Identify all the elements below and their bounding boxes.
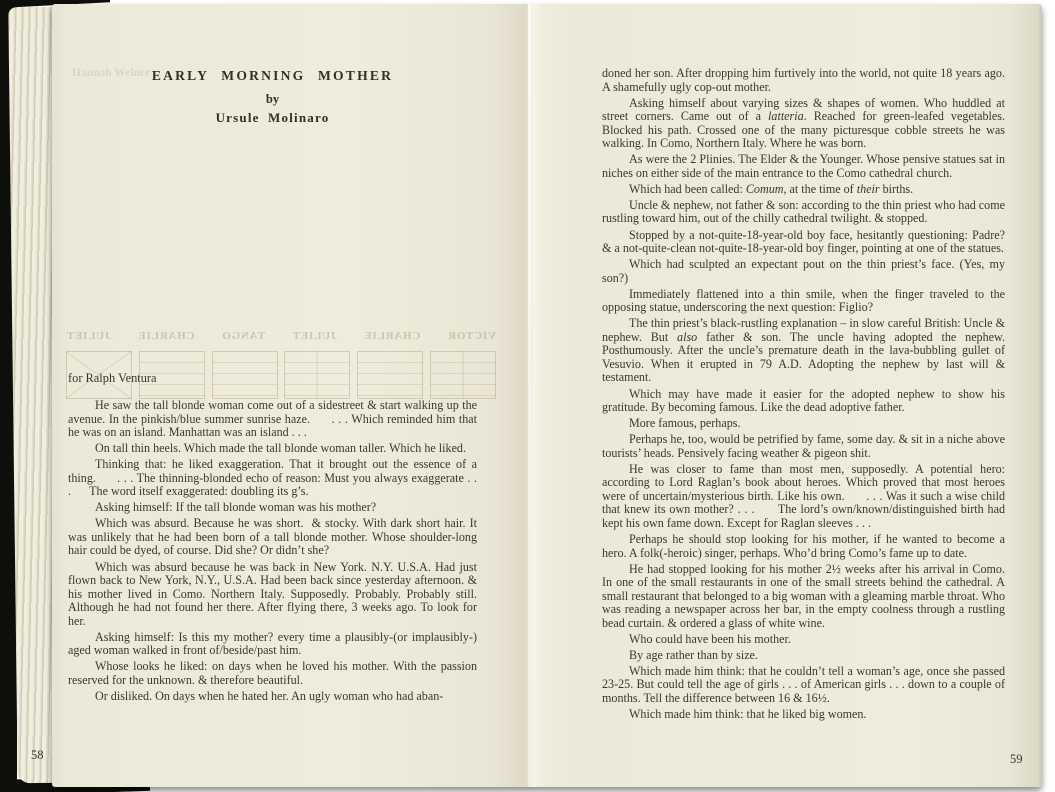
paragraph: Whose looks he liked: on days when he lo… xyxy=(68,660,477,687)
ghost-word: TANGO xyxy=(221,330,265,342)
paragraph: Which had sculpted an expectant pout on … xyxy=(602,258,1005,285)
ghost-showthrough-words: VICTORCHARLIEJULIETTANGOCHARLIEJULIET xyxy=(66,330,496,342)
paragraph: Which was absurd. Because he was short. … xyxy=(68,517,477,558)
page-number-right: 59 xyxy=(1010,752,1023,767)
paragraph: He saw the tall blonde woman come out of… xyxy=(68,399,477,440)
ghost-word: VICTOR xyxy=(447,330,496,342)
paragraph: As were the 2 Plinies. The Elder & the Y… xyxy=(602,153,1005,180)
paragraph: Asking himself: Is this my mother? every… xyxy=(68,631,477,658)
paragraph: He was closer to fame than most men, sup… xyxy=(602,463,1005,531)
paragraph: Which made him think: that he liked big … xyxy=(602,708,1005,722)
ghost-table-grid xyxy=(430,351,496,399)
paragraph: Stopped by a not-quite-18-year-old boy f… xyxy=(602,229,1005,256)
paragraph: Perhaps he, too, would be petrified by f… xyxy=(602,433,1005,460)
ghost-word: CHARLIE xyxy=(138,330,195,342)
paragraph: Which had been called: Comum, at the tim… xyxy=(602,183,1005,197)
paragraph: Asking himself about varying sizes & sha… xyxy=(602,97,1005,151)
page-number-left: 58 xyxy=(31,748,44,763)
paragraph: Thinking that: he liked exaggeration. Th… xyxy=(68,458,477,499)
right-page-body: doned her son. After dropping him furtiv… xyxy=(602,67,1005,724)
paragraph: By age rather than by size. xyxy=(602,649,1005,663)
ghost-table-grid xyxy=(212,351,278,399)
paragraph: The thin priest’s black-rustling explana… xyxy=(602,317,1005,385)
paragraph: Perhaps he should stop looking for his m… xyxy=(602,533,1005,560)
paragraph: Uncle & nephew, not father & son: accord… xyxy=(602,199,1005,226)
paragraph: On tall thin heels. Which made the tall … xyxy=(68,442,477,456)
paragraph: Or disliked. On days when he hated her. … xyxy=(68,690,477,704)
byline: by xyxy=(68,92,477,107)
ghost-word: CHARLIE xyxy=(363,330,420,342)
story-title: EARLY MORNING MOTHER xyxy=(68,68,477,84)
dedication: for Ralph Ventura xyxy=(68,371,157,386)
paragraph: Immediately flattened into a thin smile,… xyxy=(602,288,1005,315)
ghost-table-grid xyxy=(284,351,350,399)
paragraph: Which may have made it easier for the ad… xyxy=(602,388,1005,415)
paragraph: Which was absurd because he was back in … xyxy=(68,561,477,629)
paragraph: Which made him think: that he couldn’t t… xyxy=(602,665,1005,706)
paragraph: Who could have been his mother. xyxy=(602,633,1005,647)
left-page-body: He saw the tall blonde woman come out of… xyxy=(68,399,477,706)
paragraph: Asking himself: If the tall blonde woman… xyxy=(68,501,477,515)
paragraph: doned her son. After dropping him furtiv… xyxy=(602,67,1005,94)
page-gutter xyxy=(528,4,531,787)
ghost-table-grid xyxy=(357,351,423,399)
paragraph: He had stopped looking for his mother 2½… xyxy=(602,563,1005,631)
author-name: Ursule Molinaro xyxy=(68,110,477,126)
ghost-word: JULIET xyxy=(292,330,337,342)
ghost-word: JULIET xyxy=(66,330,111,342)
paragraph: More famous, perhaps. xyxy=(602,417,1005,431)
